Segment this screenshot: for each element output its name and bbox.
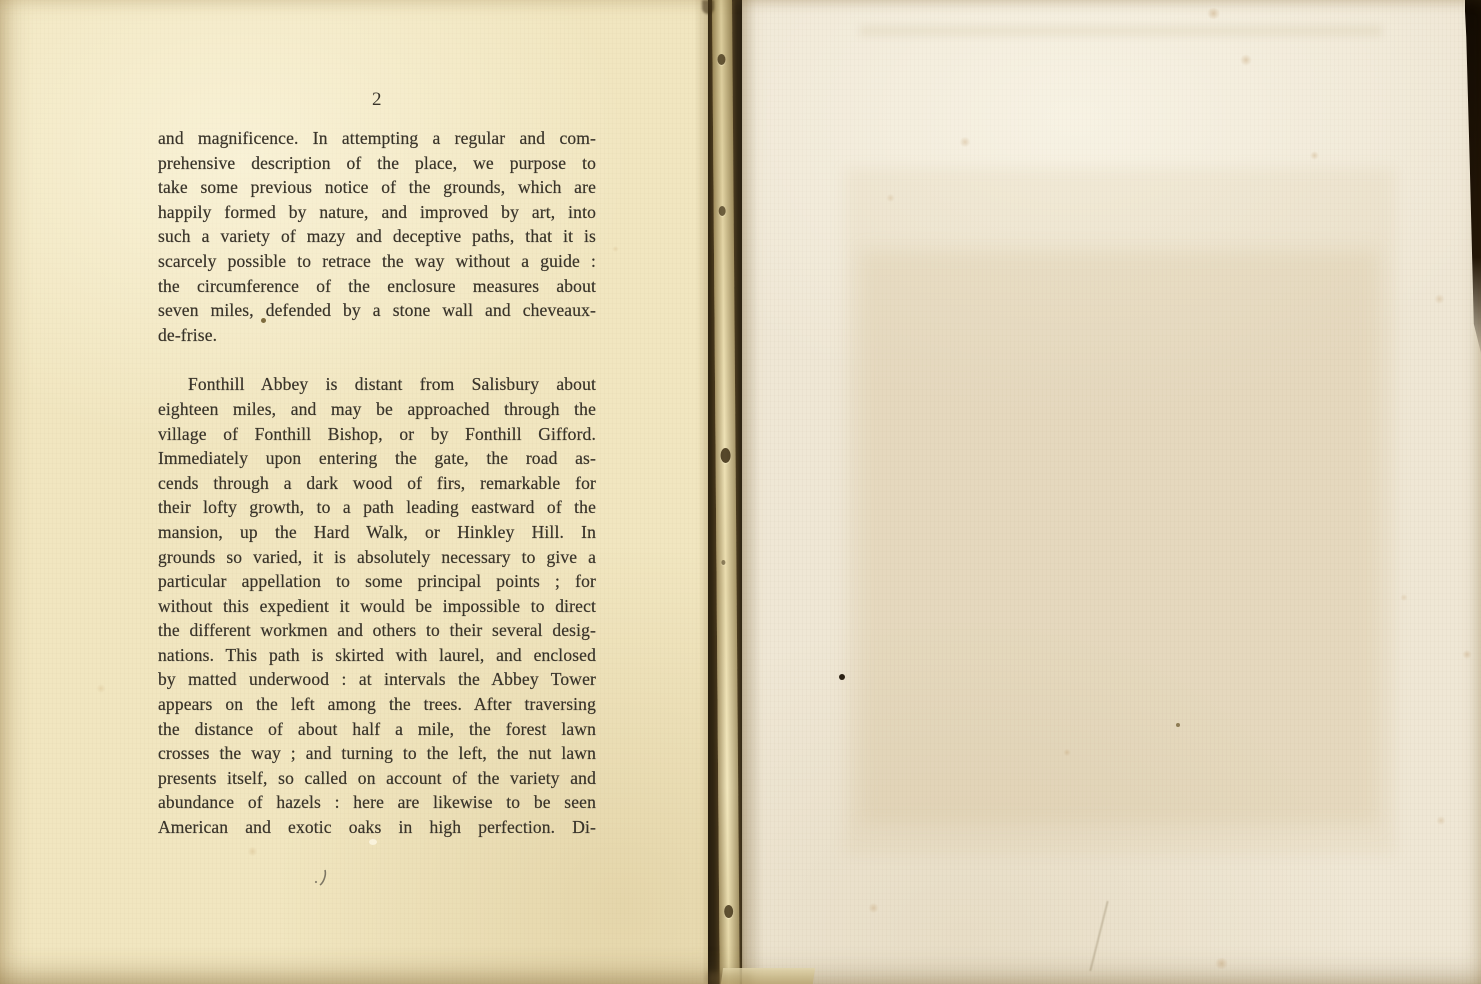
text-line: Immediately upon entering the gate, the … bbox=[158, 446, 596, 471]
show-through-impression-inner bbox=[860, 250, 1378, 825]
text-line: grounds so varied, it is absolutely nece… bbox=[158, 545, 596, 570]
text-line: the circumference of the enclosure measu… bbox=[158, 274, 596, 299]
text-line: without this expedient it would be impos… bbox=[158, 594, 596, 619]
show-through-band bbox=[860, 26, 1382, 36]
text-line: nations. This path is skirted with laure… bbox=[158, 643, 596, 668]
ink-dot bbox=[839, 674, 845, 680]
ink-speck bbox=[1176, 723, 1180, 727]
spine-top-notch bbox=[702, 0, 714, 14]
text-line: scarcely possible to retrace the way wit… bbox=[158, 249, 596, 274]
sewing-knot bbox=[721, 560, 725, 565]
text-line: particular appellation to some principal… bbox=[158, 569, 596, 594]
text-line: mansion, up the Hard Walk, or Hinkley Hi… bbox=[158, 520, 596, 545]
fox-spot bbox=[96, 684, 106, 693]
text-line: abundance of hazels : here are likewise … bbox=[158, 790, 596, 815]
paragraph: Fonthill Abbey is distant from Salisbury… bbox=[158, 372, 596, 839]
text-line: by matted underwood : at intervals the A… bbox=[158, 667, 596, 692]
fox-spot bbox=[1206, 8, 1221, 19]
fox-spot bbox=[1063, 749, 1071, 756]
sewing-knot bbox=[724, 905, 733, 918]
text-line: take some previous notice of the grounds… bbox=[158, 175, 596, 200]
fox-spot bbox=[1400, 594, 1408, 601]
text-line: the different workmen and others to thei… bbox=[158, 618, 596, 643]
fox-spot bbox=[868, 903, 879, 913]
left-page: 2 and magnificence. In attempting a regu… bbox=[0, 0, 708, 984]
text-line: eighteen miles, and may be approached th… bbox=[158, 397, 596, 422]
text-line: happily formed by nature, and improved b… bbox=[158, 200, 596, 225]
sewing-knot bbox=[719, 206, 726, 216]
sewing-knot bbox=[717, 54, 725, 65]
ink-speck bbox=[261, 318, 266, 323]
fox-spot bbox=[959, 137, 971, 147]
text-line: presents itself, so called on account of… bbox=[158, 766, 596, 791]
text-line: their lofty growth, to a path leading ea… bbox=[158, 495, 596, 520]
fox-spot bbox=[1310, 151, 1319, 160]
fox-spot bbox=[886, 194, 895, 202]
fox-spot bbox=[612, 246, 619, 252]
text-line: such a variety of mazy and deceptive pat… bbox=[158, 224, 596, 249]
text-line: cends through a dark wood of firs, remar… bbox=[158, 471, 596, 496]
text-block: and magnificence. In attempting a regula… bbox=[158, 126, 596, 840]
fox-spot bbox=[1240, 54, 1252, 66]
paper-fleck bbox=[369, 839, 377, 845]
text-line: prehensive description of the place, we … bbox=[158, 151, 596, 176]
right-page bbox=[742, 0, 1481, 984]
pen-mark bbox=[313, 868, 329, 888]
text-line: seven miles, defended by a stone wall an… bbox=[158, 298, 596, 323]
text-line: and magnificence. In attempting a regula… bbox=[158, 126, 596, 151]
text-line: American and exotic oaks in high perfect… bbox=[158, 815, 596, 840]
fox-spot bbox=[1434, 294, 1445, 304]
fox-spot bbox=[1214, 958, 1229, 969]
fox-spot bbox=[1462, 650, 1472, 659]
paragraph: and magnificence. In attempting a regula… bbox=[158, 126, 596, 347]
text-line: crosses the way ; and turning to the lef… bbox=[158, 741, 596, 766]
page-stack-edge bbox=[721, 968, 815, 984]
text-line: village of Fonthill Bishop, or by Fonthi… bbox=[158, 422, 596, 447]
book-spread: 2 and magnificence. In attempting a regu… bbox=[0, 0, 1481, 984]
page-number: 2 bbox=[158, 90, 596, 110]
book-spine bbox=[694, 0, 764, 984]
text-line: appears on the left among the trees. Aft… bbox=[158, 692, 596, 717]
fox-spot bbox=[1436, 816, 1446, 825]
text-line: the distance of about half a mile, the f… bbox=[158, 717, 596, 742]
fox-spot bbox=[247, 847, 258, 856]
sewing-knot bbox=[721, 448, 731, 463]
text-line: de-frise. bbox=[158, 323, 596, 348]
text-line: Fonthill Abbey is distant from Salisbury… bbox=[158, 372, 596, 397]
